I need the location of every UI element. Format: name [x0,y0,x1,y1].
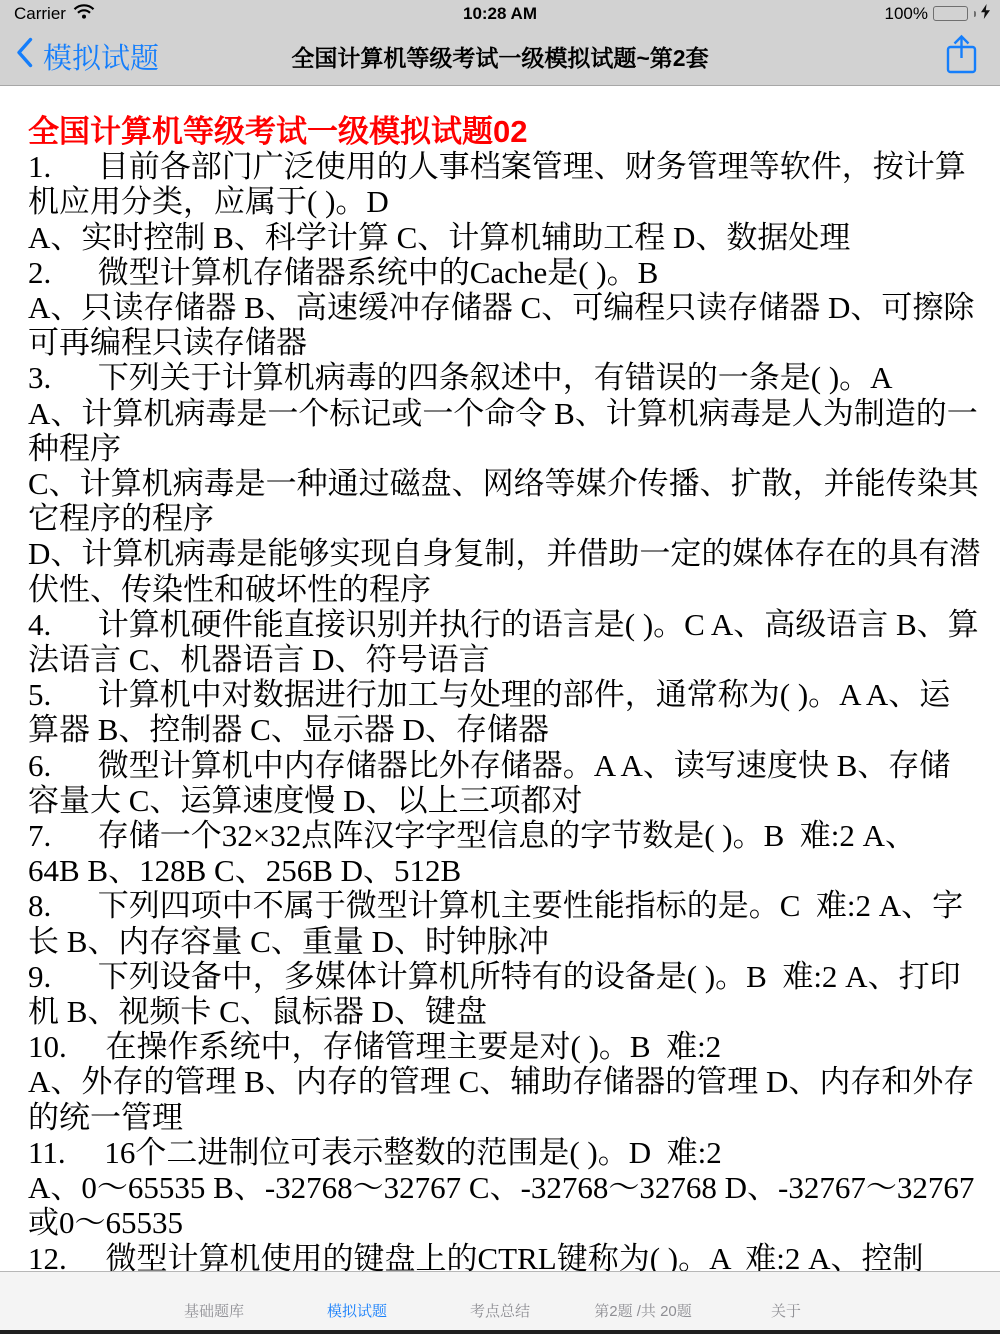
battery-full-icon [933,6,968,21]
question-text-line: 64B B、128B C、256B D、512B [28,853,1000,888]
status-right: 100% [885,0,990,27]
question-text-line: 机应用分类，应属于( )。D [28,184,1000,219]
question-text-line: 2. 微型计算机存储器系统中的Cache是( )。B [28,255,1000,290]
status-time: 10:28 AM [0,0,1000,27]
question-text-line: 1. 目前各部门广泛使用的人事档案管理、财务管理等软件，按计算 [28,149,1000,184]
tab-bar: 基础题库模拟试题考点总结第2题 /共 20题关于 [0,1271,1000,1330]
navigation-bar: 模拟试题 全国计算机等级考试一级模拟试题~第2套 [0,27,1000,86]
share-icon [945,34,978,80]
question-text-line: C、计算机病毒是一种通过磁盘、网络等媒介传播、扩散，并能传染其 [28,466,1000,501]
question-text-line: 8. 下列四项中不属于微型计算机主要性能指标的是。C 难:2 A、字 [28,888,1000,923]
content-scroll[interactable]: 全国计算机等级考试一级模拟试题02 1. 目前各部门广泛使用的人事档案管理、财务… [0,87,1000,1334]
question-text-line: A、只读存储器 B、高速缓冲存储器 C、可编程只读存储器 D、可擦除 [28,290,1000,325]
tab-about[interactable]: 关于 [715,1300,858,1321]
question-text-line: D、计算机病毒是能够实现自身复制，并借助一定的媒体存在的具有潜 [28,536,1000,571]
question-text-line: 种程序 [28,431,1000,466]
question-text-line: 7. 存储一个32×32点阵汉字字型信息的字节数是( )。B 难:2 A、 [28,818,1000,853]
question-text-line: 11. 16个二进制位可表示整数的范围是( )。D 难:2 [28,1135,1000,1170]
question-text-line: 机 B、视频卡 C、鼠标器 D、键盘 [28,994,1000,1029]
tab-key-points-summary[interactable]: 考点总结 [429,1300,572,1321]
question-text-line: A、0～65535 B、-32768～32767 C、-32768～32768 … [28,1170,1000,1205]
question-text-line: A、实时控制 B、科学计算 C、计算机辅助工程 D、数据处理 [28,220,1000,255]
question-text-line: 法语言 C、机器语言 D、符号语言 [28,642,1000,677]
charging-bolt-icon [981,4,990,24]
question-text-line: 长 B、内存容量 C、重量 D、时钟脉冲 [28,924,1000,959]
question-list: 1. 目前各部门广泛使用的人事档案管理、财务管理等软件，按计算机应用分类，应属于… [28,149,1000,1276]
question-text-line: 4. 计算机硬件能直接识别并执行的语言是( )。C A、高级语言 B、算 [28,607,1000,642]
battery-cap [974,11,976,17]
question-text-line: A、外存的管理 B、内存的管理 C、辅助存储器的管理 D、内存和外存 [28,1064,1000,1099]
tab-basic-question-bank[interactable]: 基础题库 [143,1300,286,1321]
question-text-line: 3. 下列关于计算机病毒的四条叙述中，有错误的一条是( )。A [28,360,1000,395]
tab-mock-exams[interactable]: 模拟试题 [286,1300,429,1321]
question-text-line: 或0～65535 [28,1205,1000,1240]
tab-page-indicator: 第2题 /共 20题 [572,1300,715,1321]
question-text-line: 伏性、传染性和破坏性的程序 [28,572,1000,607]
app-screen: Carrier 10:28 AM 100% [0,0,1000,1334]
chevron-left-icon [16,37,33,76]
status-bar: Carrier 10:28 AM 100% [0,0,1000,27]
question-text-line: 5. 计算机中对数据进行加工与处理的部件，通常称为( )。A A、运 [28,677,1000,712]
back-button-label: 模拟试题 [43,36,159,77]
battery-percent-label: 100% [885,4,928,24]
question-text-line: 容量大 C、运算速度慢 D、以上三项都对 [28,783,1000,818]
back-button[interactable]: 模拟试题 [16,27,159,86]
question-text-line: 9. 下列设备中，多媒体计算机所特有的设备是( )。B 难:2 A、打印 [28,959,1000,994]
page-title: 全国计算机等级考试一级模拟试题02 [28,114,1000,149]
question-text-line: 可再编程只读存储器 [28,325,1000,360]
question-text-line: 它程序的程序 [28,501,1000,536]
question-text-line: 算器 B、控制器 C、显示器 D、存储器 [28,712,1000,747]
question-text-line: A、计算机病毒是一个标记或一个命令 B、计算机病毒是人为制造的一 [28,396,1000,431]
share-button[interactable] [945,27,978,86]
bottom-edge-strip [0,1330,1000,1334]
question-text-line: 10. 在操作系统中，存储管理主要是对( )。B 难:2 [28,1029,1000,1064]
question-text-line: 6. 微型计算机中内存储器比外存储器。A A、读写速度快 B、存储 [28,748,1000,783]
question-text-line: 的统一管理 [28,1100,1000,1135]
